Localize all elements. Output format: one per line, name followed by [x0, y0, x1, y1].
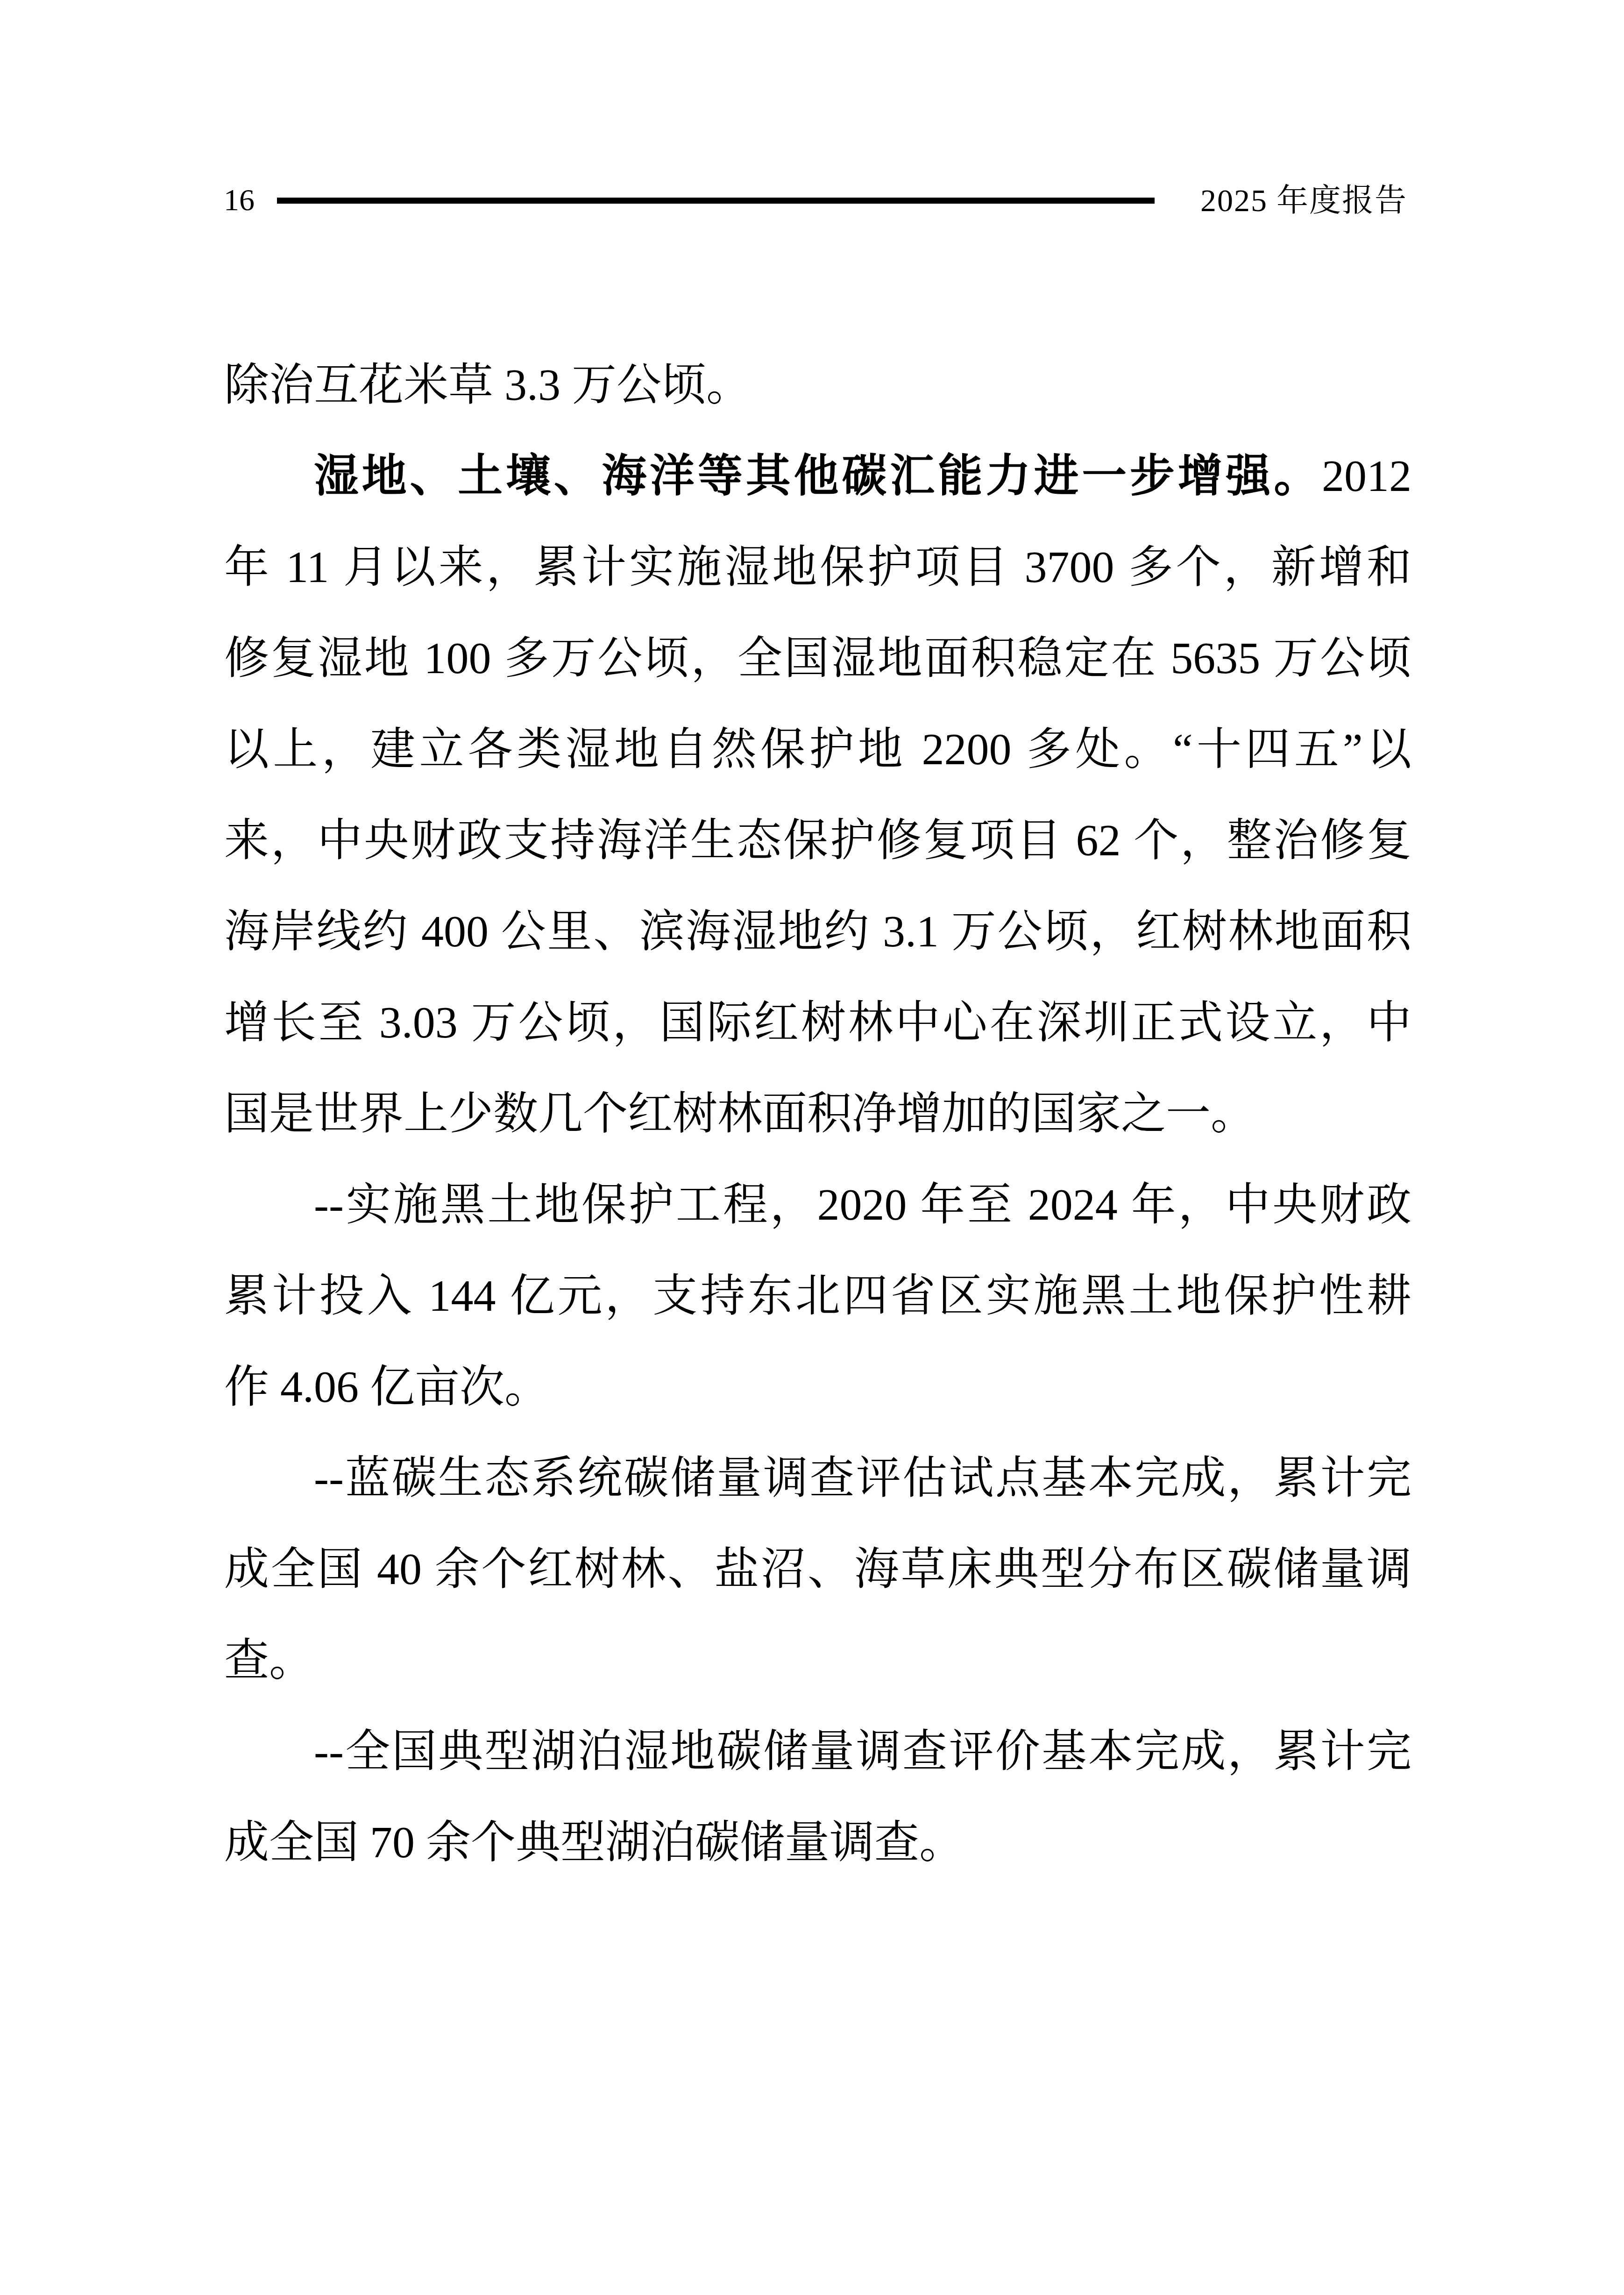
text-line: 修复湿地 100 多万公顷，全国湿地面积稳定在 5635 万公顷	[224, 612, 1411, 703]
text-line: 成全国 40 余个红树林、盐沼、海草床典型分布区碳储量调	[224, 1523, 1411, 1614]
page-body: 除治互花米草 3.3 万公顷。 湿地、土壤、海洋等其他碳汇能力进一步增强。201…	[224, 339, 1411, 1888]
document-page: 16 2025 年度报告 除治互花米草 3.3 万公顷。 湿地、土壤、海洋等其他…	[0, 0, 1624, 2295]
page-header: 16 2025 年度报告	[224, 182, 1407, 219]
header-rule	[277, 198, 1155, 204]
text-line: 成全国 70 余个典型湖泊碳储量调查。	[224, 1797, 1411, 1888]
text-line: 湿地、土壤、海洋等其他碳汇能力进一步增强。2012	[224, 430, 1411, 521]
text-line: --蓝碳生态系统碳储量调查评估试点基本完成，累计完	[224, 1432, 1411, 1523]
report-title: 2025 年度报告	[1200, 185, 1407, 216]
text-line: 除治互花米草 3.3 万公顷。	[224, 339, 1411, 430]
text-line: 国是世界上少数几个红树林面积净增加的国家之一。	[224, 1068, 1411, 1159]
text-line: 来，中央财政支持海洋生态保护修复项目 62 个，整治修复	[224, 795, 1411, 886]
text-line: 累计投入 144 亿元，支持东北四省区实施黑土地保护性耕	[224, 1250, 1411, 1341]
text-line: 增长至 3.03 万公顷，国际红树林中心在深圳正式设立，中	[224, 977, 1411, 1068]
text-line: 查。	[224, 1614, 1411, 1705]
text-line: --全国典型湖泊湿地碳储量调查评价基本完成，累计完	[224, 1705, 1411, 1797]
text-line: --实施黑土地保护工程，2020 年至 2024 年，中央财政	[224, 1159, 1411, 1250]
text-line: 海岸线约 400 公里、滨海湿地约 3.1 万公顷，红树林地面积	[224, 886, 1411, 977]
page-number: 16	[224, 185, 255, 216]
bold-heading: 湿地、土壤、海洋等其他碳汇能力进一步增强。	[314, 451, 1322, 501]
text-run: 2012	[1322, 451, 1411, 501]
text-line: 年 11 月以来，累计实施湿地保护项目 3700 多个，新增和	[224, 521, 1411, 612]
text-line: 以上，建立各类湿地自然保护地 2200 多处。“十四五”以	[224, 703, 1411, 795]
text-line: 作 4.06 亿亩次。	[224, 1341, 1411, 1432]
